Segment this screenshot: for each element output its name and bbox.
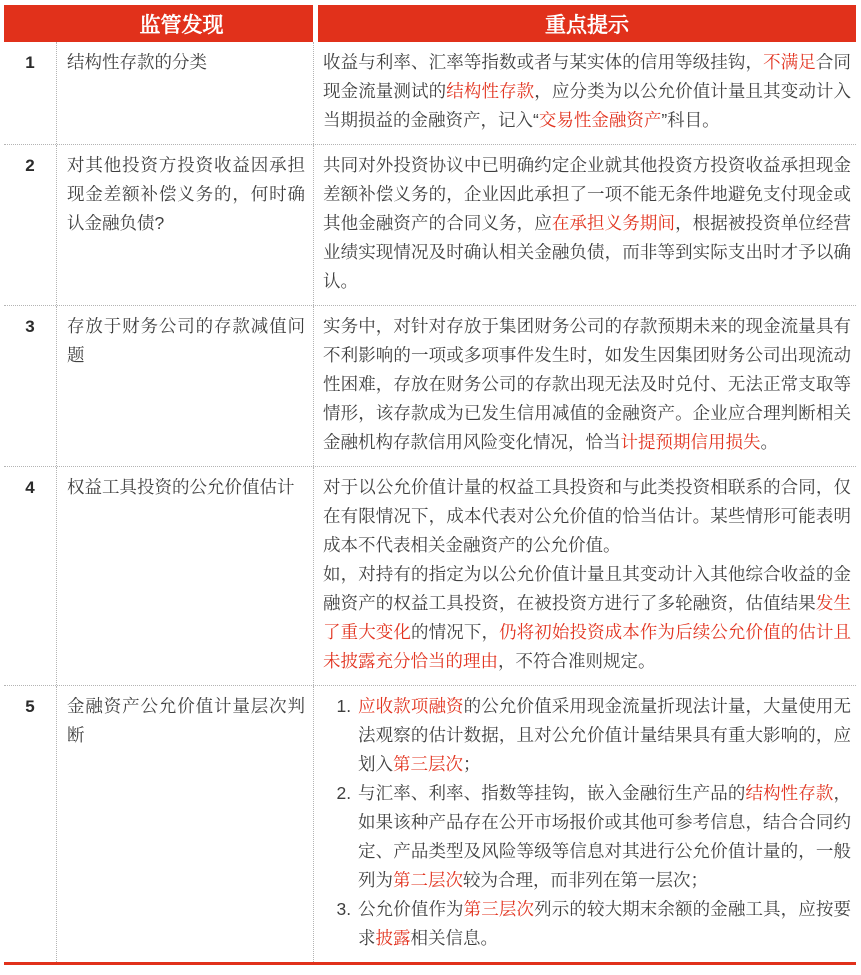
hint-list-item: 与汇率、利率、指数等挂钩，嵌入金融衍生产品的结构性存款，如果该种产品存在公开市场… [356,779,851,895]
body-text: ，不符合准则规定。 [498,651,656,671]
row-number: 2 [4,145,56,305]
finding-cell: 结构性存款的分类 [56,42,313,144]
highlighted-text: 第三层次 [464,899,534,919]
finding-cell: 存放于财务公司的存款减值问题 [56,306,313,466]
body-text: ”科目。 [661,110,719,130]
body-text: 公允价值作为 [358,899,464,919]
hint-paragraph: 如，对持有的指定为以公允价值计量且其变动计入其他综合收益的金融资产的权益工具投资… [323,560,851,676]
body-text: 相关信息。 [411,928,499,948]
highlighted-text: 披露 [376,928,411,948]
regulatory-findings-table: 监管发现 重点提示 1结构性存款的分类收益与利率、汇率等指数或者与某实体的信用等… [0,0,861,975]
finding-cell: 金融资产公允价值计量层次判断 [56,686,313,962]
highlighted-text: 应收款项融资 [358,696,464,716]
finding-cell: 权益工具投资的公允价值估计 [56,467,313,685]
finding-cell: 对其他投资方投资收益因承担现金差额补偿义务的，何时确认金融负债? [56,145,313,305]
table-row: 2对其他投资方投资收益因承担现金差额补偿义务的，何时确认金融负债?共同对外投资协… [4,145,856,306]
row-number: 4 [4,467,56,685]
highlighted-text: 结构性存款 [446,81,534,101]
highlighted-text: 不满足 [763,52,816,72]
table-header-row: 监管发现 重点提示 [4,5,856,42]
highlighted-text: 第二层次 [393,870,463,890]
body-text: 与汇率、利率、指数等挂钩，嵌入金融衍生产品的 [358,783,745,803]
body-text: 收益与利率、汇率等指数或者与某实体的信用等级挂钩， [323,52,763,72]
row-number: 5 [4,686,56,962]
body-text: 。 [761,432,779,452]
body-text: 的情况下， [411,622,499,642]
row-number: 1 [4,42,56,144]
hint-cell: 收益与利率、汇率等指数或者与某实体的信用等级挂钩，不满足合同现金流量测试的结构性… [313,42,856,144]
highlighted-text: 结构性存款 [745,783,833,803]
hint-list-item: 公允价值作为第三层次列示的较大期末余额的金融工具，应按要求披露相关信息。 [356,895,851,953]
hint-paragraph: 实务中，对针对存放于集团财务公司的存款预期未来的现金流量具有不利影响的一项或多项… [323,312,851,457]
hint-paragraph: 共同对外投资协议中已明确约定企业就其他投资方投资收益承担现金差额补偿义务的，企业… [323,151,851,296]
body-text: 对于以公允价值计量的权益工具投资和与此类投资相联系的合同，仅在有限情况下，成本代… [323,477,851,555]
hint-cell: 共同对外投资协议中已明确约定企业就其他投资方投资收益承担现金差额补偿义务的，企业… [313,145,856,305]
row-number: 3 [4,306,56,466]
header-label-regulatory-finding: 监管发现 [140,9,224,39]
highlighted-text: 在承担义务期间 [552,213,675,233]
table-row: 5金融资产公允价值计量层次判断应收款项融资的公允价值采用现金流量折现法计量，大量… [4,686,856,962]
highlighted-text: 计提预期信用损失 [621,432,761,452]
table-body: 1结构性存款的分类收益与利率、汇率等指数或者与某实体的信用等级挂钩，不满足合同现… [4,42,856,962]
header-cell-regulatory-finding: 监管发现 [4,5,313,42]
table-row: 4权益工具投资的公允价值估计对于以公允价值计量的权益工具投资和与此类投资相联系的… [4,467,856,686]
body-text: ； [463,754,481,774]
hint-cell: 实务中，对针对存放于集团财务公司的存款预期未来的现金流量具有不利影响的一项或多项… [313,306,856,466]
hint-cell: 对于以公允价值计量的权益工具投资和与此类投资相联系的合同，仅在有限情况下，成本代… [313,467,856,685]
hint-list-item: 应收款项融资的公允价值采用现金流量折现法计量，大量使用无法观察的估计数据，且对公… [356,692,851,779]
body-text: 较为合理，而非列在第一层次； [463,870,708,890]
table-row: 3存放于财务公司的存款减值问题实务中，对针对存放于集团财务公司的存款预期未来的现… [4,306,856,467]
header-label-key-reminder: 重点提示 [545,9,629,39]
hint-cell: 应收款项融资的公允价值采用现金流量折现法计量，大量使用无法观察的估计数据，且对公… [313,686,856,962]
hint-paragraph: 对于以公允价值计量的权益工具投资和与此类投资相联系的合同，仅在有限情况下，成本代… [323,473,851,560]
highlighted-text: 第三层次 [393,754,463,774]
highlighted-text: 交易性金融资产 [539,110,662,130]
header-cell-key-reminder: 重点提示 [318,5,856,42]
body-text: 如，对持有的指定为以公允价值计量且其变动计入其他综合收益的金融资产的权益工具投资… [323,564,851,613]
hint-paragraph: 收益与利率、汇率等指数或者与某实体的信用等级挂钩，不满足合同现金流量测试的结构性… [323,48,851,135]
table-row: 1结构性存款的分类收益与利率、汇率等指数或者与某实体的信用等级挂钩，不满足合同现… [4,42,856,145]
hint-list: 应收款项融资的公允价值采用现金流量折现法计量，大量使用无法观察的估计数据，且对公… [323,692,851,953]
